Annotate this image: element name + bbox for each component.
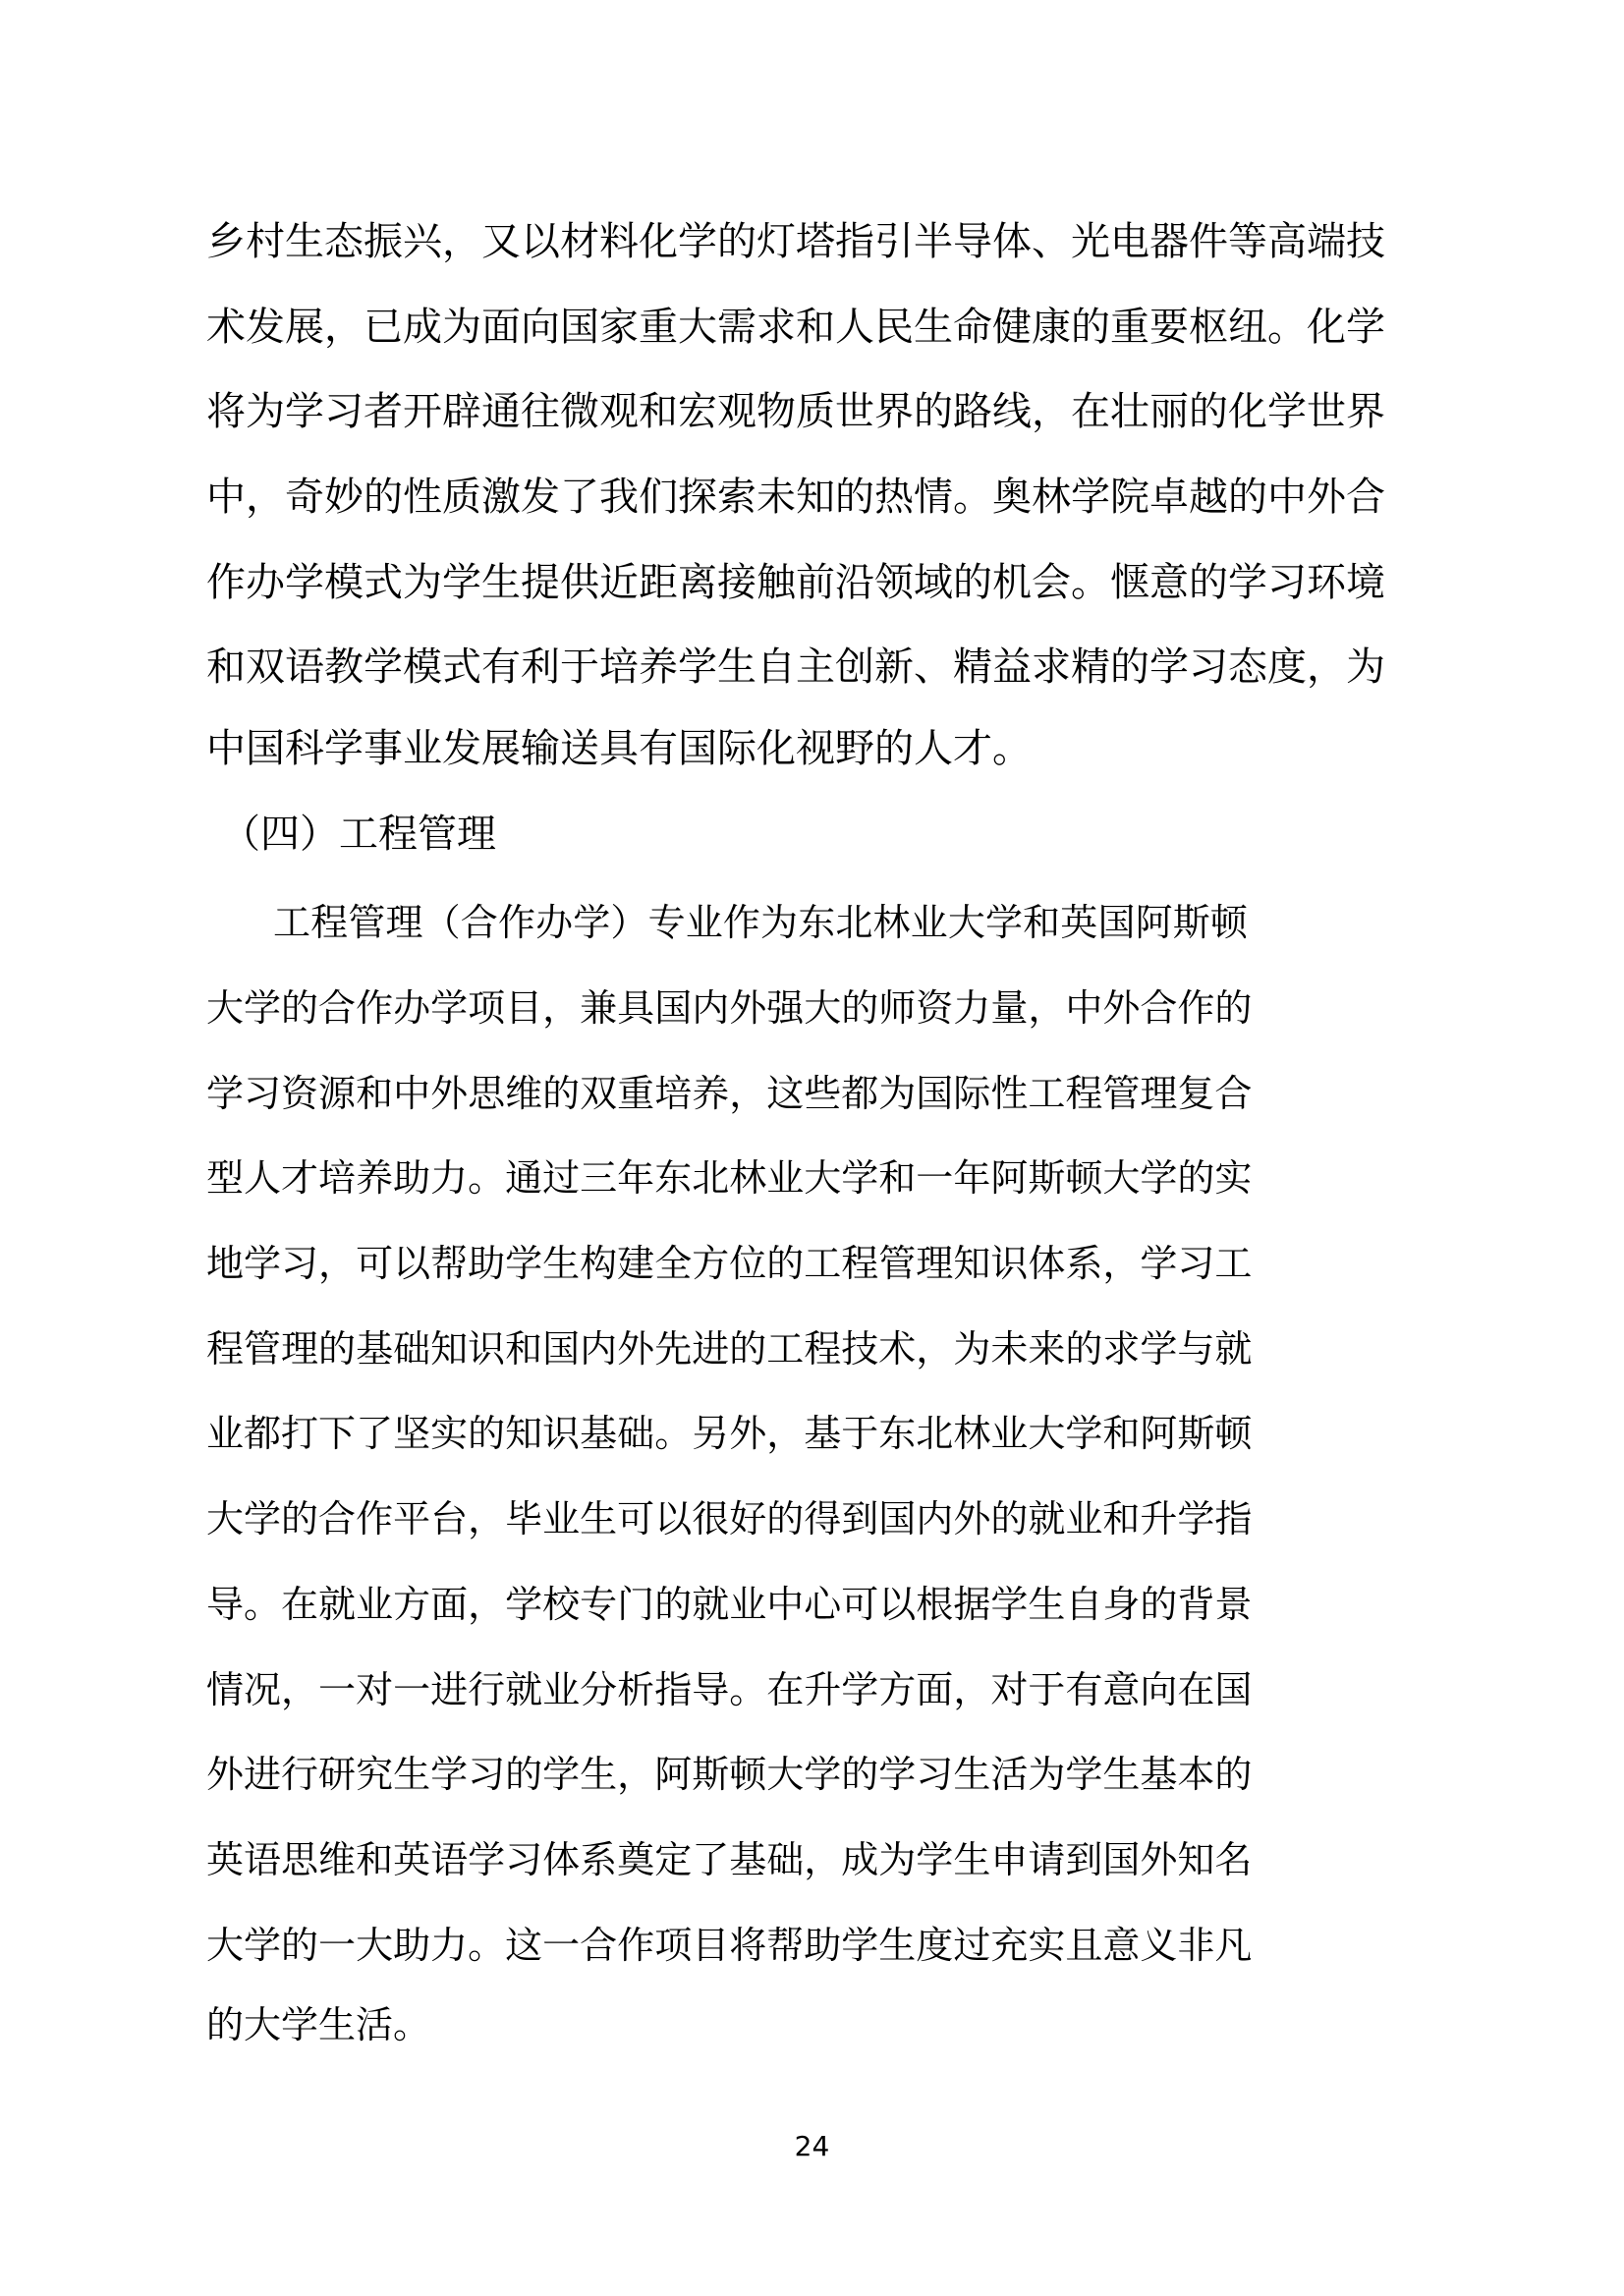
text-line: 学习资源和中外思维的双重培养，这些都为国际性工程管理复合 (206, 1047, 1248, 1133)
text-line: 的大学生活。 (206, 1984, 1248, 2069)
text-line: 乡村生态振兴，又以材料化学的灯塔指引半导体、光电器件等高端技 (206, 196, 1377, 281)
text-line: 中，奇妙的性质激发了我们探索未知的热情。奥林学院卓越的中外合 (206, 451, 1377, 536)
text-line: 术发展，已成为面向国家重大需求和人民生命健康的重要枢纽。化学 (206, 281, 1377, 366)
text-line: 作办学模式为学生提供近距离接触前沿领域的机会。惬意的学习环境 (206, 536, 1377, 622)
text-line: 导。在就业方面，学校专门的就业中心可以根据学生自身的背景 (206, 1558, 1248, 1644)
text-line: 大学的合作办学项目，兼具国内外强大的师资力量，中外合作的 (206, 962, 1248, 1047)
text-line: 大学的一大助力。这一合作项目将帮助学生度过充实且意义非凡 (206, 1899, 1248, 1985)
document-page: 乡村生态振兴，又以材料化学的灯塔指引半导体、光电器件等高端技 术发展，已成为面向… (0, 0, 1624, 2296)
text-line: 将为学习者开辟通往微观和宏观物质世界的路线，在壮丽的化学世界 (206, 365, 1377, 451)
page-number: 24 (0, 2132, 1624, 2161)
section-heading: （四）工程管理 (206, 792, 1392, 877)
text-line: 和双语教学模式有利于培养学生自主创新、精益求精的学习态度，为 (206, 621, 1377, 706)
text-line: 型人才培养助力。通过三年东北林业大学和一年阿斯顿大学的实 (206, 1133, 1248, 1218)
text-line: 外进行研究生学习的学生，阿斯顿大学的学习生活为学生基本的 (206, 1728, 1248, 1814)
document-body: 乡村生态振兴，又以材料化学的灯塔指引半导体、光电器件等高端技 术发展，已成为面向… (206, 196, 1377, 2069)
text-line: 大学的合作平台，毕业生可以很好的得到国内外的就业和升学指 (206, 1473, 1248, 1558)
text-line: 程管理的基础知识和国内外先进的工程技术，为未来的求学与就 (206, 1303, 1248, 1388)
text-line: 业都打下了坚实的知识基础。另外，基于东北林业大学和阿斯顿 (206, 1388, 1248, 1474)
text-line: 情况，一对一进行就业分析指导。在升学方面，对于有意向在国 (206, 1644, 1248, 1729)
text-line: 地学习，可以帮助学生构建全方位的工程管理知识体系，学习工 (206, 1217, 1248, 1303)
text-line: 工程管理（合作办学）专业作为东北林业大学和英国阿斯顿 (206, 877, 1248, 963)
text-line: 英语思维和英语学习体系奠定了基础，成为学生申请到国外知名 (206, 1814, 1248, 1899)
text-line: 中国科学事业发展输送具有国际化视野的人才。 (206, 706, 1377, 792)
